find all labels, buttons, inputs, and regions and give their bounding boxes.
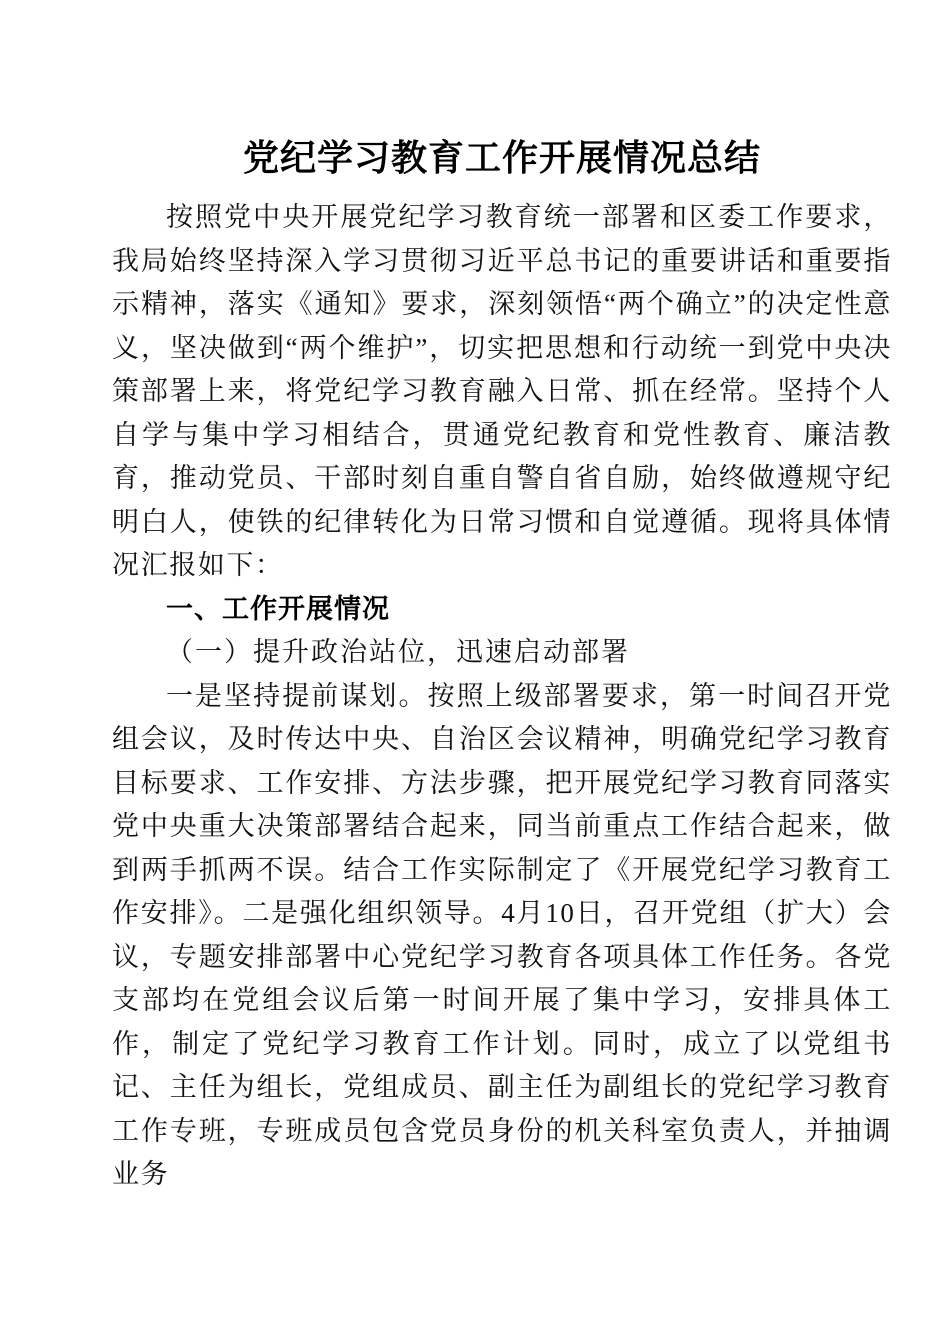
subsection-heading-political-positioning: （一）提升政治站位，迅速启动部署 (112, 631, 892, 675)
body-paragraph-measures: 一是坚持提前谋划。按照上级部署要求，第一时间召开党组会议，及时传达中央、自治区会… (112, 675, 892, 1197)
document-title: 党纪学习教育工作开展情况总结 (112, 128, 892, 188)
intro-paragraph: 按照党中央开展党纪学习教育统一部署和区委工作要求，我局始终坚持深入学习贯彻习近平… (112, 196, 892, 588)
section-heading-work-progress: 一、工作开展情况 (112, 588, 892, 632)
document-page: 党纪学习教育工作开展情况总结 按照党中央开展党纪学习教育统一部署和区委工作要求，… (0, 0, 950, 1344)
